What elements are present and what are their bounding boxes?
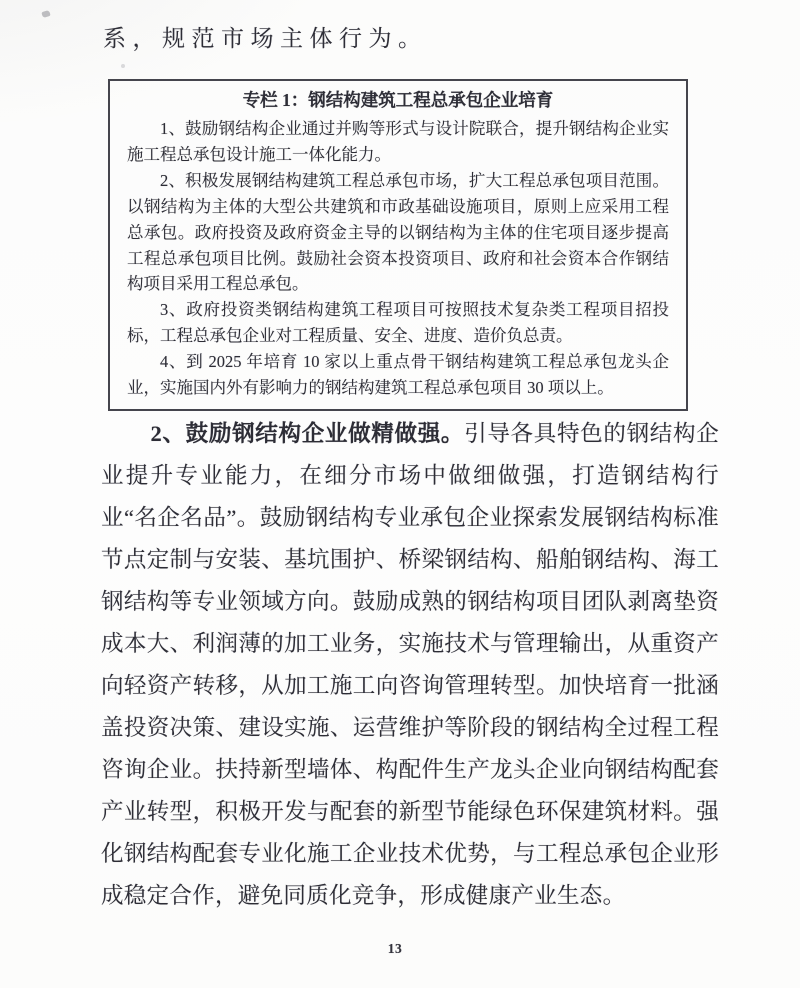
body-paragraph-text: 引导各具特色的钢结构企业提升专业能力，在细分市场中做细做强，打造钢结构行业“名企… <box>101 421 719 908</box>
body-paragraph-lead: 2、鼓励钢结构企业做精做强。 <box>151 421 465 446</box>
page-number: 13 <box>0 941 790 957</box>
special-column-box: 专栏 1：钢结构建筑工程总承包企业培育 1、鼓励钢结构企业通过并购等形式与设计院… <box>108 79 688 411</box>
column-box-title: 专栏 1：钢结构建筑工程总承包企业培育 <box>127 87 669 113</box>
document-page: 系，规范市场主体行为。 专栏 1：钢结构建筑工程总承包企业培育 1、鼓励钢结构企… <box>0 0 800 988</box>
scan-speck <box>121 64 125 68</box>
column-box-paragraph-3: 3、政府投资类钢结构建筑工程项目可按照技术复杂类工程项目招投标，工程总承包企业对… <box>127 297 669 349</box>
column-box-paragraph-2: 2、积极发展钢结构建筑工程总承包市场，扩大工程总承包项目范围。以钢结构为主体的大… <box>127 168 669 298</box>
intro-paragraph-tail: 系，规范市场主体行为。 <box>103 24 428 54</box>
column-box-paragraph-4: 4、到 2025 年培育 10 家以上重点骨干钢结构建筑工程总承包龙头企业，实施… <box>127 349 669 401</box>
body-paragraph: 2、鼓励钢结构企业做精做强。引导各具特色的钢结构企业提升专业能力，在细分市场中做… <box>101 413 719 917</box>
scan-speck <box>41 10 50 18</box>
column-box-paragraph-1: 1、鼓励钢结构企业通过并购等形式与设计院联合，提升钢结构企业实施工程总承包设计施… <box>127 116 669 168</box>
